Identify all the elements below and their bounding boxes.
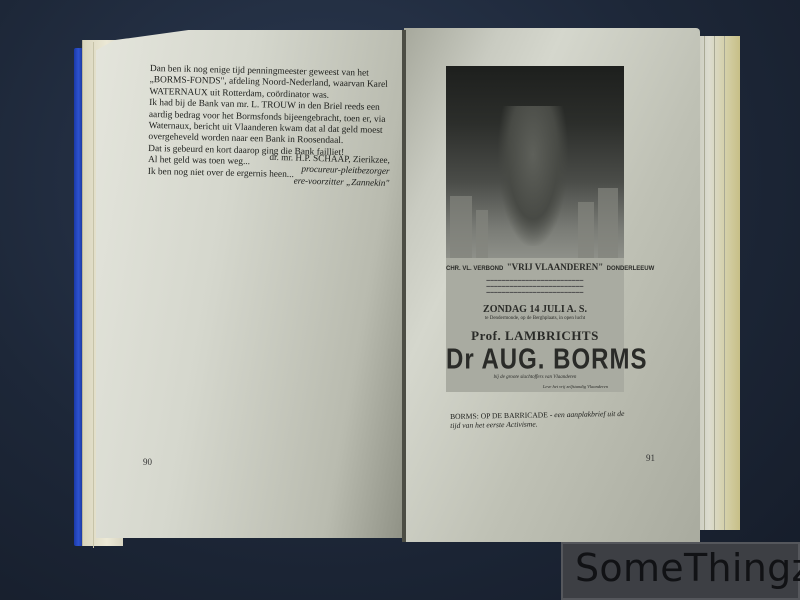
signature-block: dr. mr. H.P. SCHAAP, Zierikzee, procureu…	[219, 151, 390, 190]
poster-image: CHR. VL. VERBOND "VRIJ VLAANDEREN" DONDE…	[446, 66, 624, 392]
page-number-left: 90	[143, 457, 152, 467]
figure-caption: BORMS: OP DE BARRICADE - een aanplakbrie…	[450, 409, 630, 431]
poster-illustration	[446, 66, 624, 258]
giant-figure	[498, 106, 568, 246]
paragraph: Dan ben ik nog enige tijd penningmeester…	[149, 64, 398, 103]
paragraph: Ik had bij de Bank van mr. L. TROUW in d…	[148, 98, 397, 149]
poster-text: CHR. VL. VERBOND "VRIJ VLAANDEREN" DONDE…	[446, 258, 624, 392]
poster-speaker-2: Dr AUG. BORMS	[446, 343, 624, 377]
poster-date: ZONDAG 14 JULI A. S.	[446, 304, 624, 315]
poster-location: te Dendermonde, op de Berghplaats, in op…	[446, 316, 624, 321]
poster-header: CHR. VL. VERBOND "VRIJ VLAANDEREN" DONDE…	[446, 262, 624, 272]
watermark-text: SomeThingz	[575, 546, 800, 590]
page-number-right: 91	[646, 453, 655, 463]
poster-subtitle: bij de groote slachtoffers van Vlaandere…	[446, 375, 624, 380]
poster-footer: Leve het vrij zelfstandig Vlaanderen	[446, 384, 624, 389]
right-page-stack	[696, 36, 740, 530]
watermark: SomeThingz	[561, 542, 800, 600]
poster-speaker-1: Prof. LAMBRICHTS	[446, 328, 624, 344]
book-gutter	[402, 30, 406, 542]
